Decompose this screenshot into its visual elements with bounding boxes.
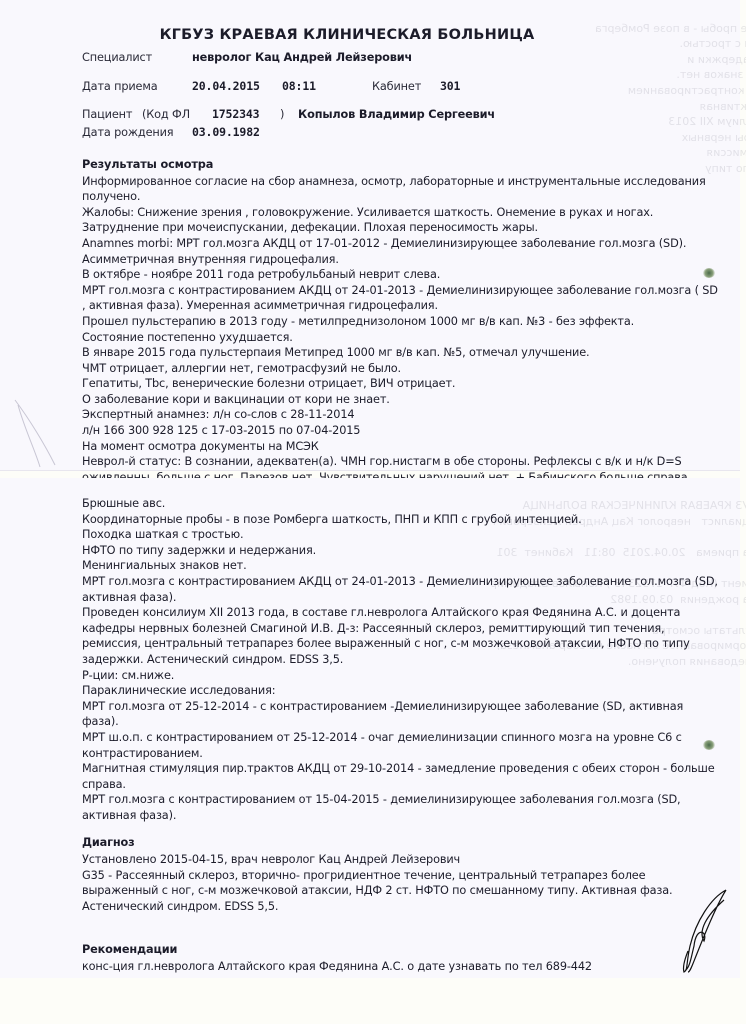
recommendation-line: конс-ция гл.невролога Алтайского края Фе… (82, 959, 722, 975)
text-line: МРТ ш.о.п. с контрастированием от 25-12-… (82, 730, 722, 761)
scanned-page-2: КГБУЗ КРАЕВАЯ КЛИНИЧЕСКАЯ БОЛЬНИЦА Специ… (0, 478, 740, 978)
birth-date-row: Дата рождения 03.09.1982 (82, 125, 722, 141)
text-line: Прошел пульстерапию в 2013 году - метилп… (82, 314, 722, 330)
patient-code-label: (Код ФЛ (142, 107, 212, 123)
text-line: л/н 166 300 928 125 с 17-03-2015 по 07-0… (82, 423, 722, 439)
scanned-page-1: Брюшные авс. Координаторные пробы - в по… (0, 0, 740, 471)
cabinet-label: Кабинет (372, 79, 440, 95)
text-line: Р-ции: см.ниже. (82, 668, 722, 684)
patient-name: Копылов Владимир Сергеевич (298, 107, 495, 123)
text-line: Гепатиты, Tbc, венерические болезни отри… (82, 376, 722, 392)
patient-label: Пациент (82, 107, 142, 123)
specialist-label: Специалист (82, 50, 192, 66)
text-line: МРТ гол.мозга с контрастированием АКДЦ о… (82, 574, 722, 605)
text-line: Anamnes morbi: МРТ гол.мозга АКДЦ от 17-… (82, 236, 722, 267)
text-line: Экспертный анамнез: л/н со-слов с 28-11-… (82, 407, 722, 423)
text-line: Параклинические исследования: (82, 683, 722, 699)
page-1-content: КГБУЗ КРАЕВАЯ КЛИНИЧЕСКАЯ БОЛЬНИЦА Специ… (82, 28, 722, 485)
specialist-value: невролог Кац Андрей Лейзерович (192, 50, 412, 66)
text-line: Менингиальных знаков нет. (82, 558, 722, 574)
cabinet-value: 301 (440, 79, 460, 95)
text-line: Брюшные авс. (82, 496, 722, 512)
handwritten-signature (676, 886, 728, 974)
text-line: МРТ гол.мозга с контрастированием АКДЦ о… (82, 283, 722, 314)
faint-signature-mark (10, 395, 60, 470)
text-line: Магнитная стимуляция пир.трактов АКДЦ от… (82, 761, 722, 792)
page-2-content: Брюшные авс. Координаторные пробы - в по… (82, 496, 722, 975)
diagnosis-line: G35 - Рассеянный склероз, вторично- прог… (82, 868, 722, 915)
visit-time-value: 08:11 (282, 79, 372, 95)
text-line: Походка шаткая с тростью. (82, 527, 722, 543)
text-line: Информированное согласие на сбор анамнез… (82, 174, 722, 205)
patient-code-value: 1752343 (212, 107, 280, 123)
text-line: Координаторные пробы - в позе Ромберга ш… (82, 512, 722, 528)
diagnosis-heading: Диагноз (82, 835, 722, 851)
recommendations-heading: Рекомендации (82, 942, 722, 958)
patient-row: Пациент (Код ФЛ 1752343 ) Копылов Владим… (82, 107, 722, 123)
text-line: ЧМТ отрицает, аллергии нет, гемотрасфузи… (82, 361, 722, 377)
text-line: Проведен консилиум XII 2013 года, в сост… (82, 605, 722, 667)
visit-date-value: 20.04.2015 (192, 79, 282, 95)
text-line: На момент осмотра документы на МСЭК (82, 439, 722, 455)
visit-date-label: Дата приема (82, 79, 192, 95)
birth-date-value: 03.09.1982 (192, 125, 260, 141)
patient-code-close: ) (280, 107, 298, 123)
exam-results-heading: Результаты осмотра (82, 157, 722, 173)
diagnosis-line: Установлено 2015-04-15, врач невролог Ка… (82, 852, 722, 868)
birth-date-label: Дата рождения (82, 125, 192, 141)
text-line: В октябре - ноябре 2011 года ретробульба… (82, 267, 722, 283)
text-line: НФТО по типу задержки и недержания. (82, 543, 722, 559)
text-line: В январе 2015 года пульстерпаия Метипред… (82, 345, 722, 361)
text-line: МРТ гол.мозга от 25-12-2014 - с контраст… (82, 699, 722, 730)
scan-smudge (703, 740, 715, 750)
text-line: Жалобы: Снижение зрения , головокружение… (82, 205, 722, 236)
exam-results-body: Информированное согласие на сбор анамнез… (82, 174, 722, 486)
specialist-row: Специалист невролог Кац Андрей Лейзерови… (82, 50, 722, 66)
text-line: О заболевание кори и вакцинации от кори … (82, 392, 722, 408)
hospital-title: КГБУЗ КРАЕВАЯ КЛИНИЧЕСКАЯ БОЛЬНИЦА (122, 28, 572, 44)
scan-smudge (703, 268, 715, 278)
text-line: МРТ гол.мозга с контрастированием от 15-… (82, 792, 722, 823)
visit-row: Дата приема 20.04.2015 08:11 Кабинет 301 (82, 79, 722, 95)
text-line: Состояние постепенно ухудшается. (82, 330, 722, 346)
